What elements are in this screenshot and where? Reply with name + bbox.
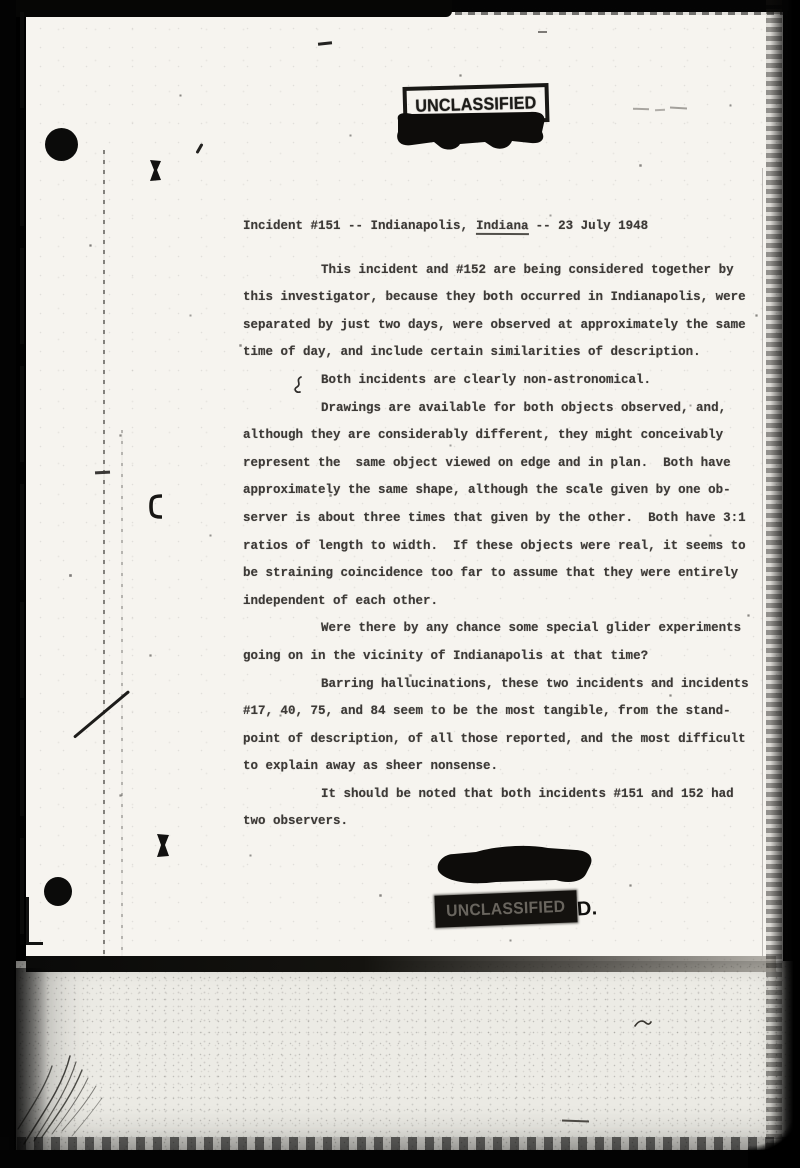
unclassified-stamp-bottom: UNCLASSIFIED [434, 890, 577, 927]
ink-bracket-mark [148, 493, 162, 520]
redaction-bar-top [392, 110, 549, 153]
text-line: independent of each other. [243, 588, 759, 616]
heading-underlined-word: Indiana [475, 219, 528, 235]
text-line: time of day, and include certain similar… [243, 339, 759, 367]
scan-edge-top-thick [0, 0, 452, 17]
page-edge-line [762, 168, 763, 956]
document-heading: Incident #151 -- Indianapolis, Indiana -… [243, 213, 759, 241]
hole-punch-mark-top [45, 128, 78, 161]
hole-punch-mark-bottom [44, 877, 72, 906]
text-line: It should be noted that both incidents #… [243, 781, 759, 809]
text-line: point of description, of all those repor… [243, 726, 759, 754]
typed-text: Incident #151 -- Indianapolis, Indiana -… [243, 213, 759, 836]
paragraph: Drawings are available for both objects … [243, 395, 759, 616]
text-line: Drawings are available for both objects … [243, 395, 759, 423]
pencil-tilde-mark [633, 1018, 653, 1029]
text-line: going on in the vicinity of Indianapolis… [243, 643, 759, 671]
ink-dash-top-right [538, 31, 547, 33]
text-line: ratios of length to width. If these obje… [243, 533, 759, 561]
heading-suffix: -- 23 July 1948 [528, 219, 648, 233]
text-line: although they are considerably different… [243, 422, 759, 450]
scan-edge-bottom [0, 1150, 800, 1168]
paragraph: This incident and #152 are being conside… [243, 257, 759, 367]
text-line: Barring hallucinations, these two incide… [243, 671, 759, 699]
scan-edge-right [770, 0, 800, 1168]
text-line: to explain away as sheer nonsense. [243, 753, 759, 781]
heading-prefix: Incident #151 -- Indianapolis, [243, 219, 476, 233]
text-line: approximately the same shape, although t… [243, 477, 759, 505]
scanned-document: Incident #151 -- Indianapolis, Indiana -… [0, 0, 800, 1168]
text-line: Were there by any chance some special gl… [243, 615, 759, 643]
corner-crop-mark [26, 897, 43, 945]
text-line: represent the same object viewed on edge… [243, 450, 759, 478]
ink-squiggle-mark [292, 376, 304, 395]
document-body: This incident and #152 are being conside… [243, 257, 759, 836]
text-line: two observers. [243, 808, 759, 836]
text-line: server is about three times that given b… [243, 505, 759, 533]
scan-edge-top-speckle [455, 7, 800, 15]
paragraph: It should be noted that both incidents #… [243, 781, 759, 836]
text-line: This incident and #152 are being conside… [243, 257, 759, 285]
scan-corner-bottom-right [748, 1096, 800, 1168]
paragraph: Both incidents are clearly non-astronomi… [243, 367, 759, 395]
scan-edge-left-fade [14, 968, 48, 1150]
paragraph: Were there by any chance some special gl… [243, 615, 759, 670]
page-bottom-shadow [26, 956, 776, 972]
unclassified-stamp-bottom-label: UNCLASSIFIED [446, 897, 566, 921]
fold-line-faint [121, 430, 123, 956]
redaction-bar-bottom [436, 842, 594, 888]
fold-line [103, 150, 105, 956]
staple-mark-bottom [156, 834, 170, 857]
staple-mark-top [149, 160, 162, 181]
text-line: Both incidents are clearly non-astronomi… [243, 367, 759, 395]
stamp-overstrike-letter: D. [576, 897, 598, 921]
text-line: separated by just two days, were observe… [243, 312, 759, 340]
text-line: #17, 40, 75, and 84 seem to be the most … [243, 698, 759, 726]
text-line: be straining coincidence too far to assu… [243, 560, 759, 588]
paragraph: Barring hallucinations, these two incide… [243, 671, 759, 781]
text-line: this investigator, because they both occ… [243, 284, 759, 312]
scan-edge-line [20, 12, 24, 945]
